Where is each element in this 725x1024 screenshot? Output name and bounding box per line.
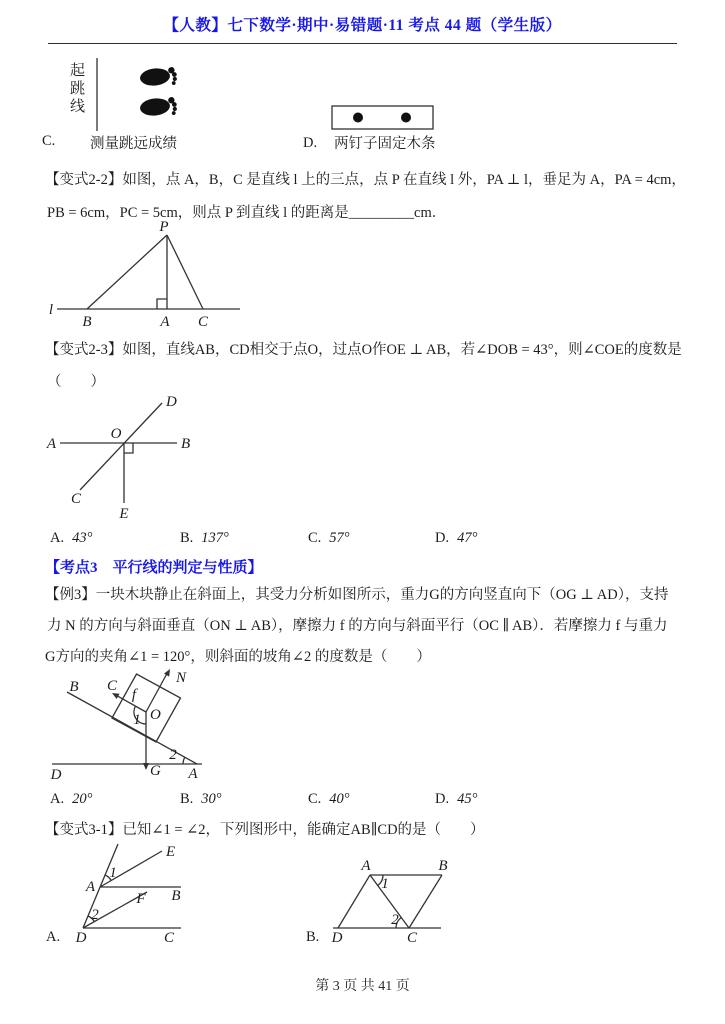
angle-2-arc <box>183 757 185 764</box>
option-d-label: D. <box>303 135 317 152</box>
intersect-lines <box>60 403 177 503</box>
point-label: B <box>69 679 78 695</box>
force-label: N <box>175 670 187 686</box>
point-label: D <box>75 930 87 946</box>
right-angle-mark <box>124 443 133 453</box>
option-c: C.40° <box>308 791 350 808</box>
problem-2-2-line1: 【变式2-2】如图，点 A，B，C 是直线 l 上的三点，点 P 在直线 l 外… <box>45 170 686 190</box>
point-label: F <box>135 891 146 907</box>
point-label: O <box>111 426 122 442</box>
option-c-label: C. <box>42 133 55 150</box>
point-label: D <box>331 930 343 946</box>
angle-label: 1 <box>109 865 117 881</box>
options-row-2-3: A.43° B.137° C.57° D.47° <box>0 530 725 550</box>
vertex-label: A <box>159 314 170 330</box>
options-row-example3: A.20° B.30° C.40° D.45° <box>0 791 725 811</box>
point-label: B <box>438 858 447 874</box>
footprint-icon <box>139 66 178 88</box>
figure-3-1-A: E 1 A B F 2 D C <box>40 842 205 954</box>
nail-board-figure <box>300 100 460 136</box>
force-label: C <box>107 678 118 694</box>
intersecting-lines-figure: O A B D C E <box>40 392 210 524</box>
point-label: A <box>46 436 57 452</box>
figure-3-1-B: A B 1 2 D C <box>300 842 465 954</box>
option-d: D.45° <box>435 791 477 808</box>
example-3-line3: G方向的夹角∠1 = 120°，则斜面的坡角∠2 的度数是（ ） <box>45 647 431 667</box>
example-3-line2: 力 N 的方向与斜面垂直（ON ⊥ AB），摩擦力 f 的方向与斜面平行（OC … <box>47 616 667 636</box>
angle-label: 2 <box>169 747 177 763</box>
vertex-label: B <box>82 314 91 330</box>
option-b: B.137° <box>180 530 229 547</box>
point-label: D <box>50 767 62 783</box>
triangle-figure: P l B A C <box>40 218 255 334</box>
page-number: 第 3 页 共 41 页 <box>0 975 725 995</box>
point-label: A <box>360 858 371 874</box>
point-label: E <box>165 844 175 860</box>
nail-dot <box>401 113 411 123</box>
vertex-label: P <box>158 219 168 235</box>
vertex-label: C <box>198 314 209 330</box>
option-c: C.57° <box>308 530 350 547</box>
incline-figure: B N C f O 1 2 D G A <box>40 668 245 792</box>
force-label: f <box>132 687 138 703</box>
section-heading-kaodian3: 【考点3 平行线的判定与性质】 <box>45 556 263 577</box>
board-outline <box>332 106 433 129</box>
point-label: O <box>150 707 161 723</box>
option-d: D.47° <box>435 530 477 547</box>
angle-label: 1 <box>133 712 141 728</box>
point-label: B <box>181 436 190 452</box>
point-label: C <box>71 491 82 507</box>
point-label: E <box>118 506 128 522</box>
jump-caption: 测量跳远成绩 <box>90 132 177 153</box>
option-b: B.30° <box>180 791 222 808</box>
point-label: A <box>187 766 198 782</box>
point-label: C <box>164 930 175 946</box>
point-label: D <box>165 394 177 410</box>
problem-3-1-line1: 【变式3-1】已知∠1 = ∠2，下列图形中，能确定AB∥CD的是（ ） <box>45 820 485 840</box>
angle-label: 2 <box>391 912 399 928</box>
option-a: A.20° <box>50 791 92 808</box>
header-rule <box>48 43 677 44</box>
footprint-icon <box>139 96 178 118</box>
line-label: l <box>49 302 53 318</box>
point-label: C <box>407 930 418 946</box>
figure-b-option-label: B. <box>306 929 319 946</box>
triangle-lines <box>57 235 240 309</box>
force-label: G <box>150 763 161 779</box>
nail-caption: 两钉子固定木条 <box>334 132 436 153</box>
worksheet-page: 【人教】七下数学·期中·易错题·11 考点 44 题（学生版） 起跳线 C. 测… <box>0 0 725 1024</box>
option-a: A.43° <box>50 530 92 547</box>
problem-2-3-line1: 【变式2-3】如图，直线AB，CD相交于点O，过点O作OE ⊥ AB，若∠DOB… <box>45 340 682 360</box>
problem-2-3-line2: （ ） <box>47 372 105 392</box>
example-3-line1: 【例3】一块木块静止在斜面上，其受力分析如图所示，重力G的方向竖直向下（OG ⊥… <box>45 585 668 605</box>
angle-label: 2 <box>91 907 99 923</box>
figure-a-option-label: A. <box>46 929 60 946</box>
nail-dot <box>353 113 363 123</box>
angle-label: 1 <box>381 876 389 892</box>
page-title: 【人教】七下数学·期中·易错题·11 考点 44 题（学生版） <box>0 13 725 35</box>
right-angle-mark <box>157 299 167 309</box>
point-label: B <box>171 888 180 904</box>
point-label: A <box>85 879 96 895</box>
